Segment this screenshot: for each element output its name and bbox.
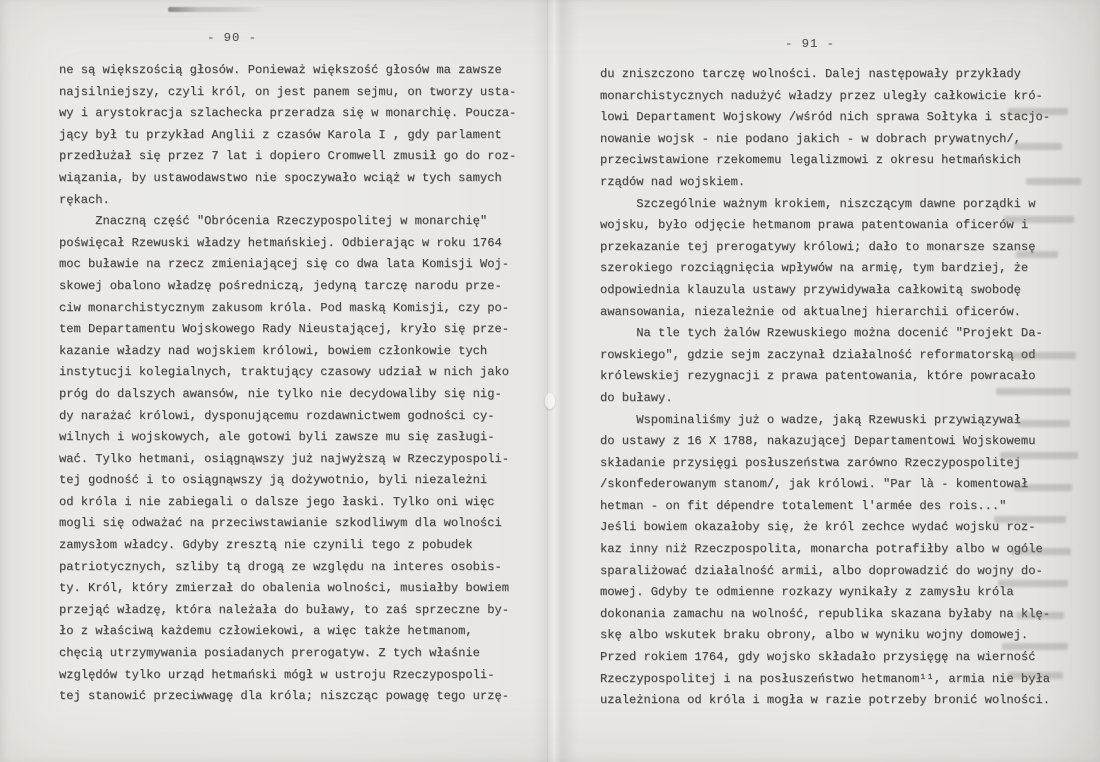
text-line: rządów nad wojskiem. [600,172,1070,194]
text-line: zamysłom władcy. Gdyby zresztą nie czyni… [59,535,529,557]
page-number-91: - 91 - [785,37,835,51]
text-line: rękach. [59,190,529,212]
text-line: mogli się odważać na przeciwstawianie sz… [59,513,529,535]
text-line: odpowiednia klauzula ustawy przywidywała… [600,280,1070,302]
text-line: względów tylko urząd hetmański mógł w us… [59,665,529,687]
text-line: kazanie władzy nad wojskiem królowi, bow… [59,341,529,363]
text-line: uzależniona od króla i mogła w razie pot… [600,690,1070,712]
text-line: tej stanowić przeciwwagę dla króla; nisz… [59,686,529,708]
text-line: hetman - on fit dépendre totalement l'ar… [600,496,1070,518]
book-scan: - 90 - ne są większością głosów. Poniewa… [0,0,1100,762]
text-line: tem Departamentu Wojskowego Rady Nieusta… [59,319,529,341]
text-line: wojsku, było odjęcie hetmanom prawa pate… [600,215,1070,237]
text-line: Na tle tych żalów Rzewuskiego można doce… [600,323,1070,345]
page-90: - 90 - ne są większością głosów. Poniewa… [0,0,556,762]
text-line: Znaczną część "Obrócenia Rzeczypospolite… [59,211,529,233]
text-line: przedłużał się przez 7 lat i dopiero Cro… [59,146,529,168]
text-line: ne są większością głosów. Ponieważ więks… [59,60,529,82]
text-line: dy narażać królowi, dysponującemu rozdaw… [59,406,529,428]
page-90-text: ne są większością głosów. Ponieważ więks… [59,60,529,708]
text-line: skowej obalono władzę pośredniczą, jedyn… [59,276,529,298]
text-line: ty. Król, który zmierzał do obalenia wol… [59,578,529,600]
text-line: Wspominaliśmy już o wadze, jaką Rzewuski… [600,410,1070,432]
text-line: nowanie wojsk - nie podano jakich - w do… [600,129,1070,151]
text-line: najsilniejszy, czyli król, on jest panem… [59,82,529,104]
text-line: instytucji kolegialnych, traktujący czas… [59,362,529,384]
text-line: próg do dalszych awansów, nie tylko nie … [59,384,529,406]
page-number-90: - 90 - [207,31,257,45]
text-line: ciw monarchistycznym zakusom króla. Pod … [59,298,529,320]
text-line: monarchistycznych nadużyć władzy przez u… [600,86,1070,108]
text-line: szerokiego rozciągnięcia wpływów na armi… [600,258,1070,280]
text-line: do ustawy z 16 X 1788, nakazującej Depar… [600,431,1070,453]
text-line: /skonfederowanym stanom/, jak królowi. "… [600,474,1070,496]
text-line: rowskiego", gdzie sejm zaczynał działaln… [600,345,1070,367]
text-line: skę albo wskutek braku obrony, albo w wy… [600,625,1070,647]
text-line: Szczególnie ważnym krokiem, niszczącym d… [600,194,1070,216]
text-line: lowi Departament Wojskowy /wśród nich sp… [600,107,1070,129]
text-line: wy i arystokracja szlachecka przeradza s… [59,103,529,125]
text-line: wilnych i wojskowych, ale gotowi byli za… [59,427,529,449]
text-line: moc buławie na rzecz zmieniającej się co… [59,254,529,276]
text-line: ło z właściwą każdemu człowiekowi, a wię… [59,621,529,643]
text-line: przekazanie tej prerogatywy królowi; dał… [600,237,1070,259]
text-line: patriotycznych, szliby tą drogą ze wzglę… [59,557,529,579]
text-line: du zniszczono tarczę wolności. Dalej nas… [600,64,1070,86]
text-line: kaz inny niż Rzeczpospolita, monarcha po… [600,539,1070,561]
text-line: chęcią utrzymywania posiadanych prerogat… [59,643,529,665]
text-line: Przed rokiem 1764, gdy wojsko składało p… [600,647,1070,669]
text-line: tej godność i to osiągnąwszy ją dożywotn… [59,470,529,492]
text-line: sparaliżować działalność armii, albo dop… [600,561,1070,583]
text-line: przejąć władzę, która należała do buławy… [59,600,529,622]
text-line: awansowania, niezależnie od aktualnej hi… [600,302,1070,324]
text-line: wać. Tylko hetmani, osiągnąwszy już najw… [59,449,529,471]
text-line: dokonania zamachu na wolność, republika … [600,604,1070,626]
text-line: królewskiej rezygnacji z prawa patentowa… [600,366,1070,388]
scan-smudge [168,7,266,12]
text-line: wiązania, by ustawodawstwo nie spoczywał… [59,168,529,190]
text-line: jący był tu przykład Anglii z czasów Kar… [59,125,529,147]
text-line: przeciwstawione rzekomemu legalizmowi z … [600,150,1070,172]
page-91: - 91 - du zniszczono tarczę wolności. Da… [556,0,1100,762]
text-line: od króla i nie zabiegali o dalsze jego ł… [59,492,529,514]
text-line: Rzeczypospolitej i na posłuszeństwo hetm… [600,669,1070,691]
text-line: poświęcał Rzewuski władzy hetmańskiej. O… [59,233,529,255]
